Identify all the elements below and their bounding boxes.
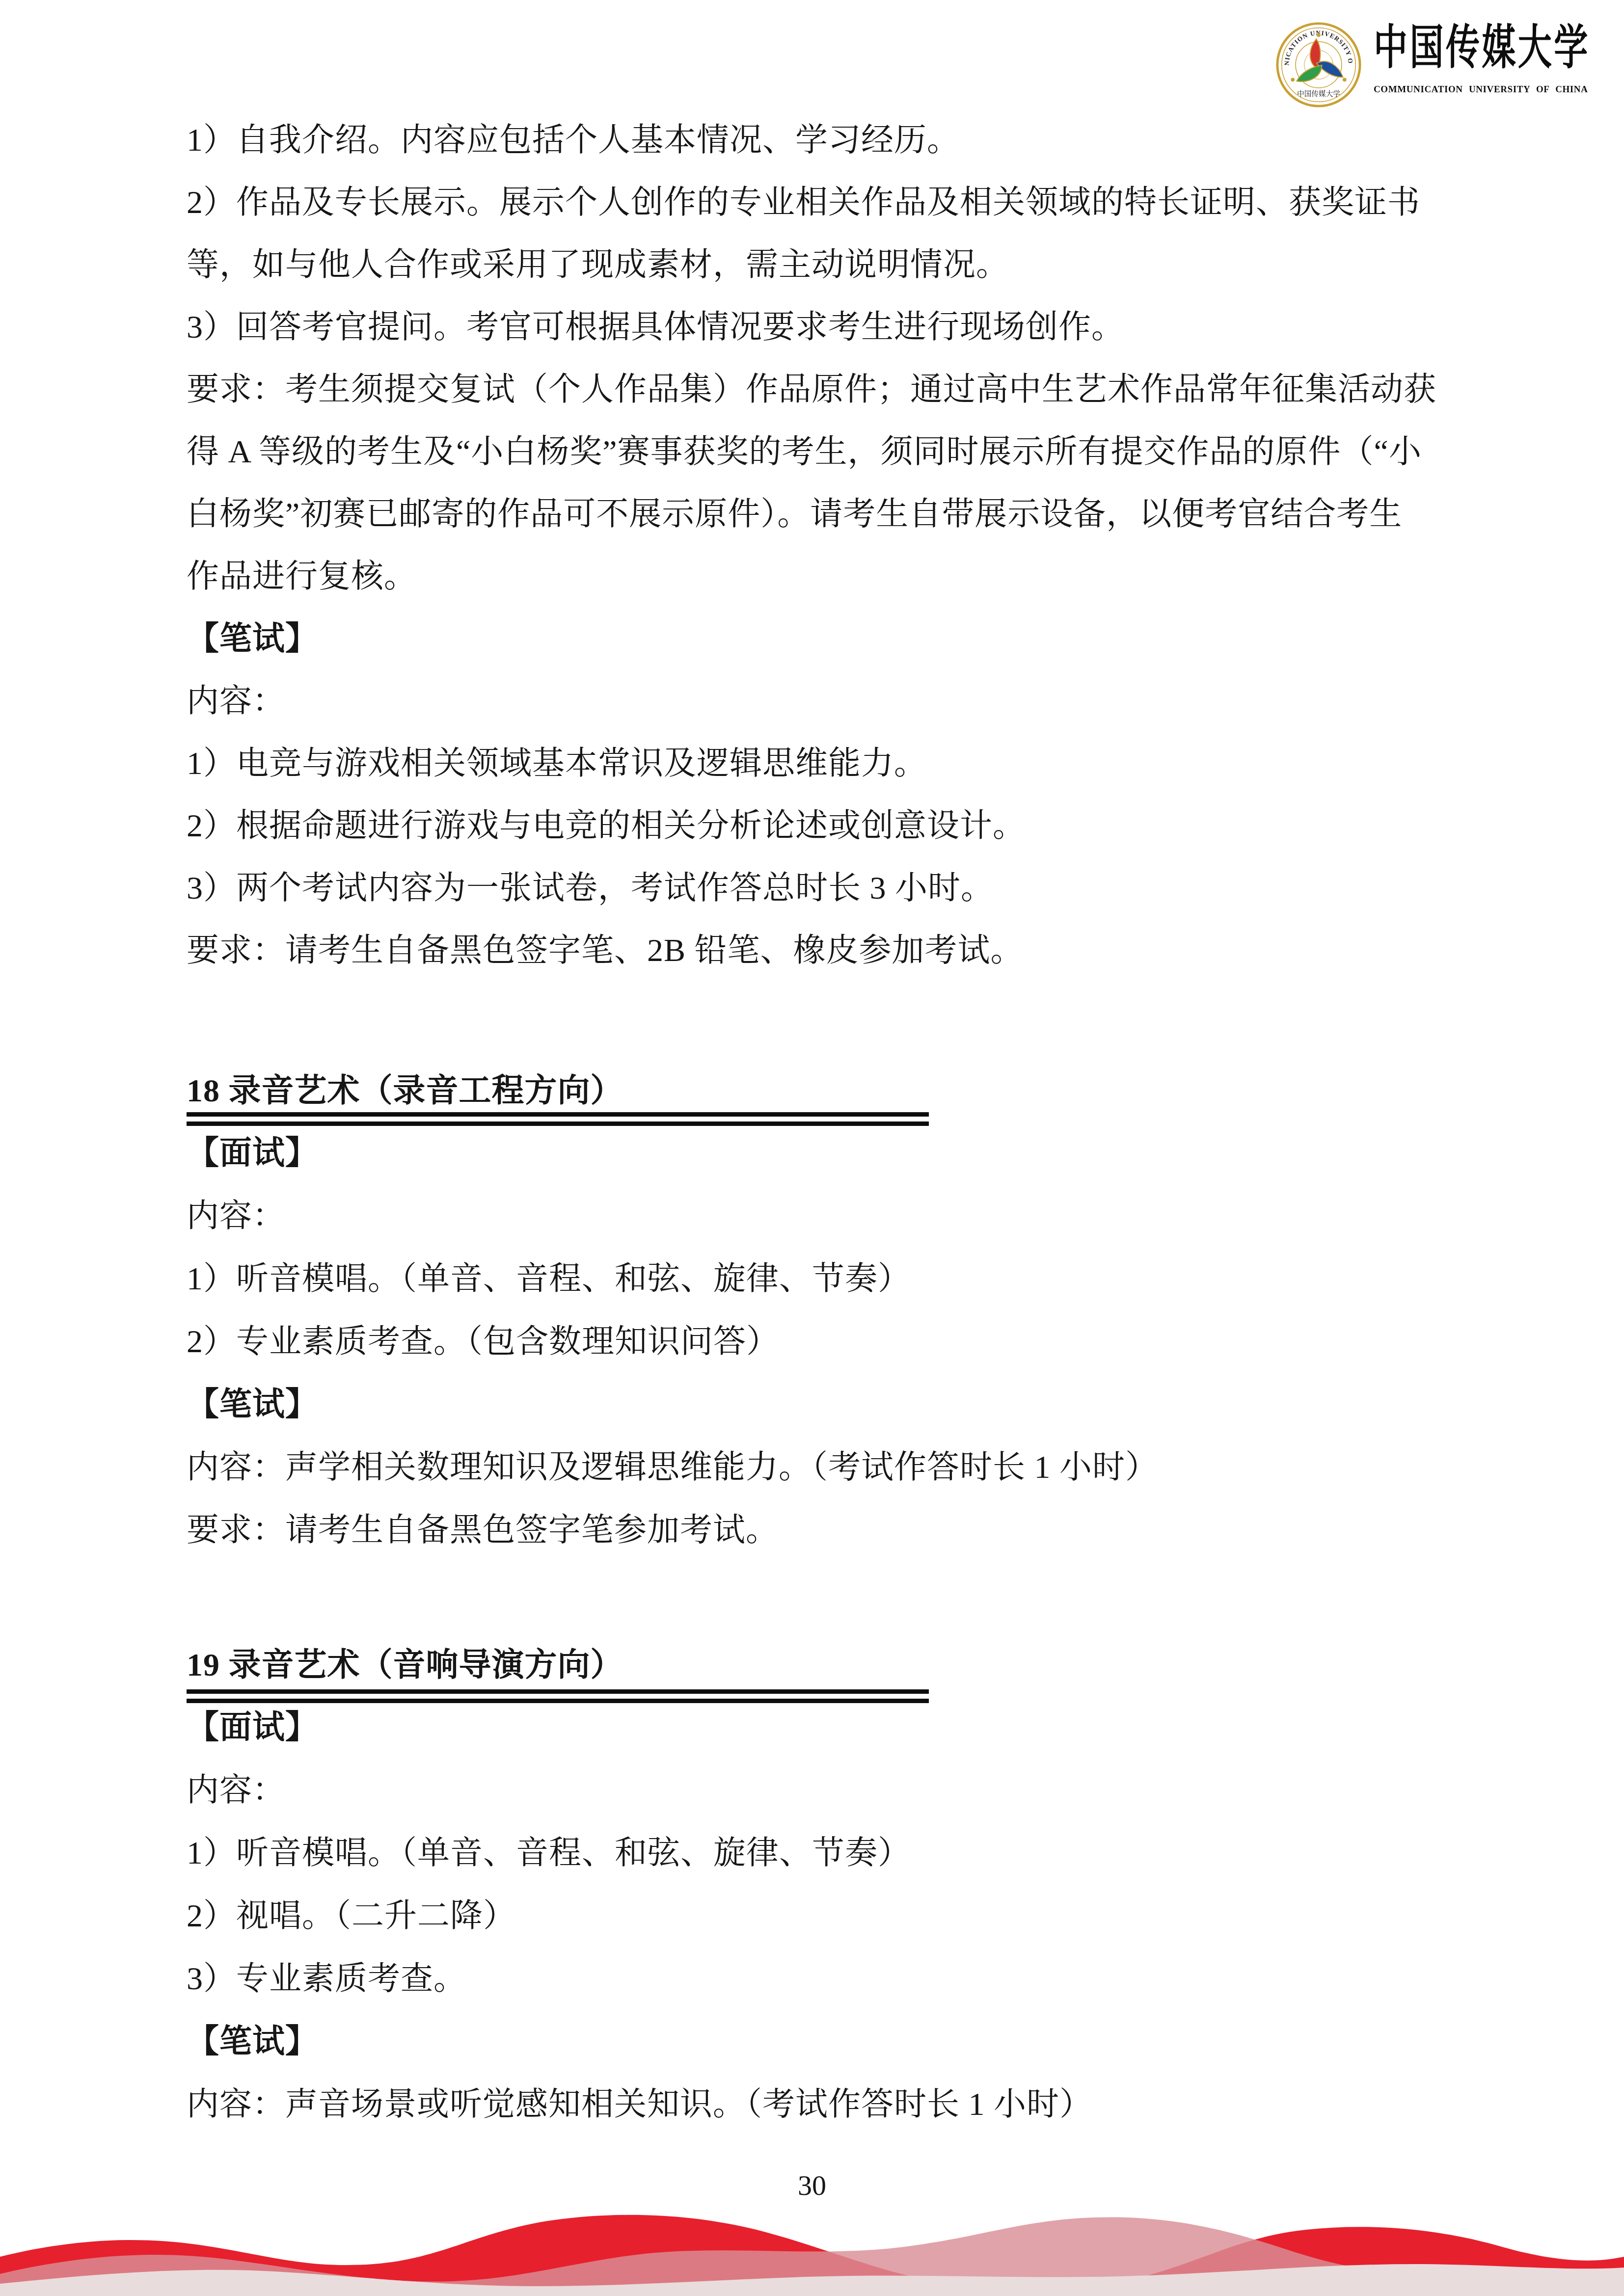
- doc-line: 1）听音模唱。（单音、音程、和弦、旋律、节奏）: [187, 1822, 1443, 1884]
- doc-line: 内容：声学相关数理知识及逻辑思维能力。（考试作答时长 1 小时）: [187, 1436, 1443, 1498]
- doc-line: 白杨奖”初赛已邮寄的作品可不展示原件）。请考生自带展示设备，以便考官结合考生: [187, 483, 1443, 545]
- document-page: COMMUNICATION UNIVERSITY OF CHINA 中国传媒大学…: [0, 0, 1624, 2296]
- doc-line: 要求：考生须提交复试（个人作品集）作品原件；通过高中生艺术作品常年征集活动获: [187, 358, 1443, 421]
- doc-line: 内容：: [187, 1185, 1443, 1247]
- university-wordmark: 中国传媒大学 COMMUNICATION UNIVERSITY OF CHINA: [1374, 19, 1604, 95]
- doc-line: 得 A 等级的考生及“小白杨奖”赛事获奖的考生，须同时展示所有提交作品的原件（“…: [187, 421, 1443, 483]
- subsection-heading-written-test: 【笔试】: [187, 2010, 1443, 2073]
- doc-line: 1）电竞与游戏相关领域基本常识及逻辑思维能力。: [187, 732, 1443, 795]
- doc-line: 等，如与他人合作或采用了现成素材，需主动说明情况。: [187, 234, 1443, 296]
- doc-line: 内容：: [187, 1759, 1443, 1821]
- doc-line: 内容：: [187, 670, 1443, 732]
- section-heading-19: 19 录音艺术（音响导演方向）: [187, 1634, 1443, 1696]
- page-number: 30: [0, 2163, 1624, 2208]
- subsection-heading-written-test: 【笔试】: [187, 1373, 1443, 1436]
- subsection-heading-interview: 【面试】: [187, 1122, 1443, 1184]
- university-name-cn: 中国传媒大学: [1374, 19, 1540, 77]
- university-seal-icon: COMMUNICATION UNIVERSITY OF CHINA 中国传媒大学: [1275, 22, 1362, 108]
- doc-line: 1）听音模唱。（单音、音程、和弦、旋律、节奏）: [187, 1248, 1443, 1310]
- university-logo: COMMUNICATION UNIVERSITY OF CHINA 中国传媒大学…: [1275, 19, 1609, 114]
- doc-line: 作品进行复核。: [187, 545, 1443, 608]
- university-name-en: COMMUNICATION UNIVERSITY OF CHINA: [1374, 84, 1604, 95]
- subsection-heading-written-test: 【笔试】: [187, 608, 1443, 670]
- doc-line: 2）作品及专长展示。展示个人创作的专业相关作品及相关领域的特长证明、获奖证书: [187, 171, 1443, 234]
- doc-line: 1）自我介绍。内容应包括个人基本情况、学习经历。: [187, 109, 1443, 171]
- doc-line: 3）回答考官提问。考官可根据具体情况要求考生进行现场创作。: [187, 296, 1443, 358]
- doc-line: 2）视唱。（二升二降）: [187, 1885, 1443, 1947]
- doc-line: 要求：请考生自备黑色签字笔参加考试。: [187, 1499, 1443, 1561]
- doc-line: 2）专业素质考查。（包含数理知识问答）: [187, 1310, 1443, 1373]
- doc-line: 内容：声音场景或听觉感知相关知识。（考试作答时长 1 小时）: [187, 2073, 1443, 2136]
- doc-line: 2）根据命题进行游戏与电竞的相关分析论述或创意设计。: [187, 795, 1443, 857]
- subsection-heading-interview: 【面试】: [187, 1696, 1443, 1759]
- seal-caption: 中国传媒大学: [1297, 89, 1340, 98]
- doc-line: 3）两个考试内容为一张试卷，考试作答总时长 3 小时。: [187, 857, 1443, 919]
- doc-line: 3）专业素质考查。: [187, 1948, 1443, 2010]
- doc-line: 要求：请考生自备黑色签字笔、2B 铅笔、橡皮参加考试。: [187, 919, 1443, 982]
